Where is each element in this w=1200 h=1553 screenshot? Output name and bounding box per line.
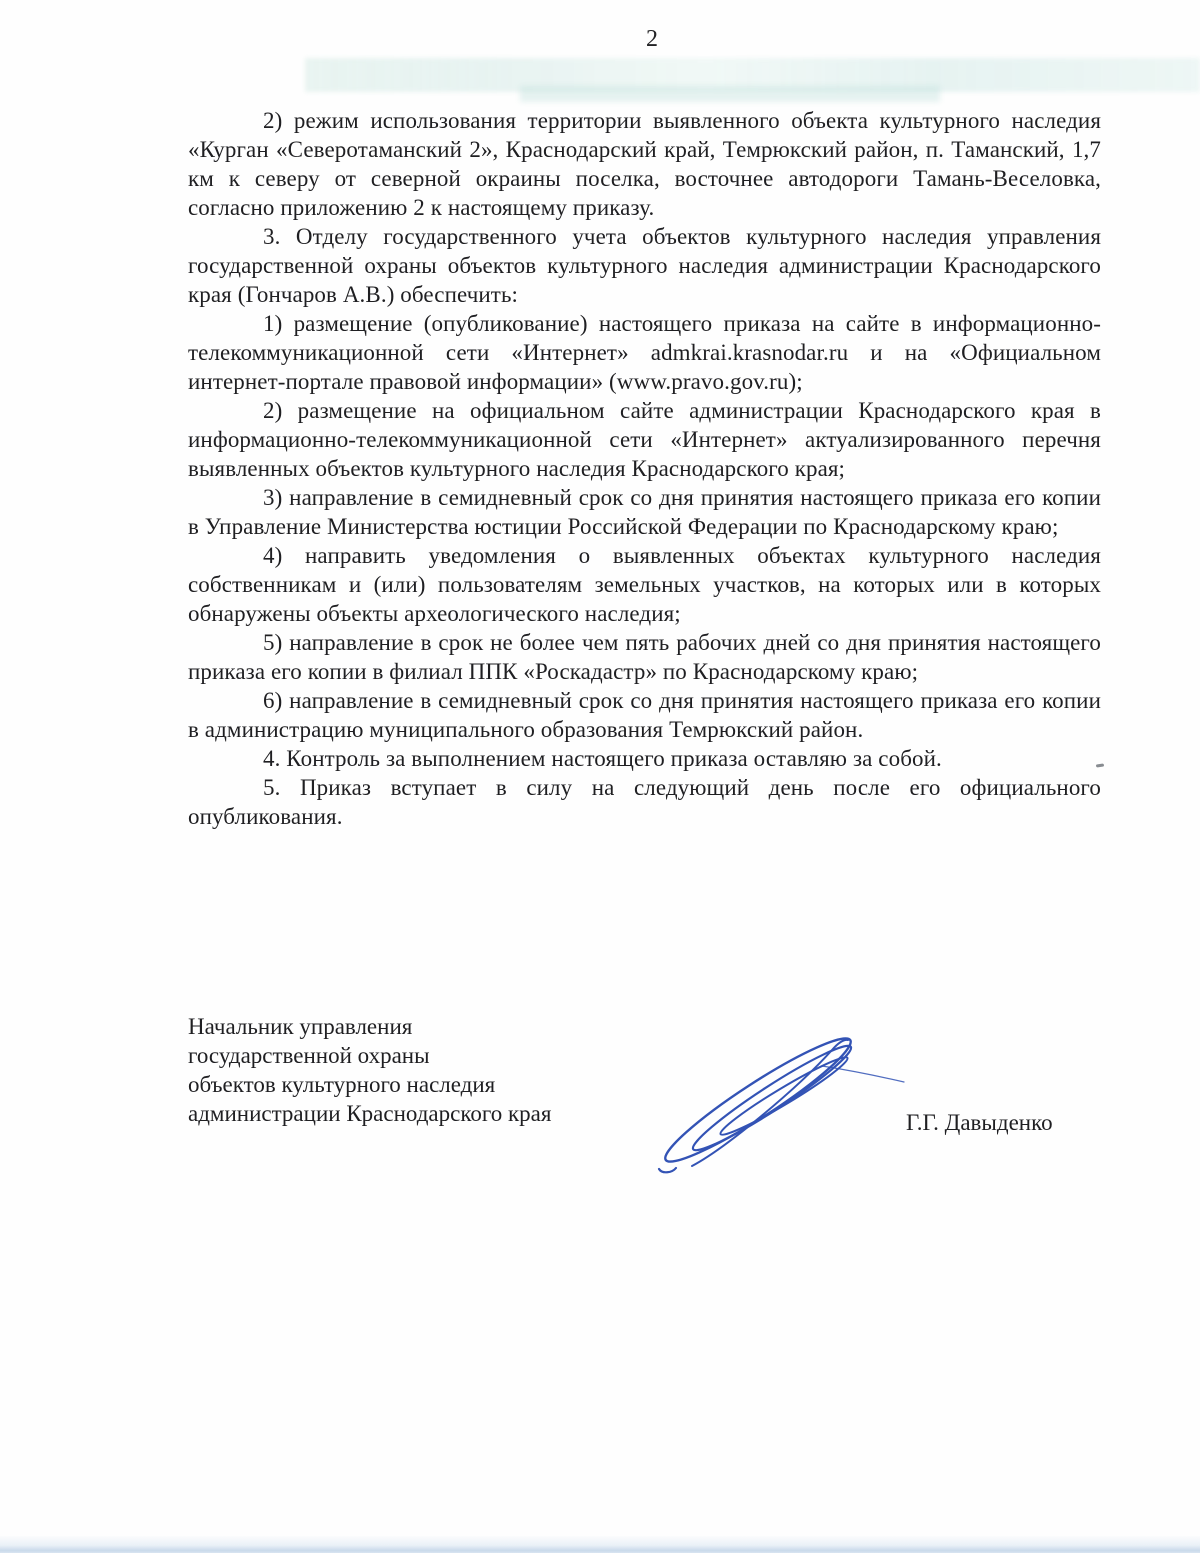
paragraph-subitem-5-roskadastr: 5) направление в срок не более чем пять … [188, 628, 1101, 686]
scan-artifact-bottom-band [0, 1536, 1200, 1553]
scan-artifact-top-band-2 [520, 86, 940, 102]
paragraph-subitem-3-justice-ministry: 3) направление в семидневный срок со дня… [188, 483, 1101, 541]
signer-position-line: администрации Краснодарского края [188, 1099, 551, 1128]
document-body: 2) режим использования территории выявле… [188, 106, 1101, 831]
paragraph-subitem-6-municipality: 6) направление в семидневный срок со дня… [188, 686, 1101, 744]
signature-ink-strokes [656, 1026, 904, 1174]
signer-position: Начальник управления государственной охр… [188, 1012, 551, 1128]
signer-position-line: объектов культурного наследия [188, 1070, 551, 1099]
paragraph-subitem-2-site-list: 2) размещение на официальном сайте админ… [188, 396, 1101, 483]
paragraph-subitem-1-publication: 1) размещение (опубликование) настоящего… [188, 309, 1101, 396]
paragraph-item-2-regime: 2) режим использования территории выявле… [188, 106, 1101, 222]
signer-name: Г.Г. Давыденко [906, 1108, 1053, 1137]
signature-ink [646, 1026, 916, 1174]
signature-block: Начальник управления государственной охр… [188, 1012, 1101, 1182]
paragraph-subitem-4-notifications: 4) направить уведомления о выявленных об… [188, 541, 1101, 628]
signer-position-line: Начальник управления [188, 1012, 551, 1041]
paragraph-item-3-department: 3. Отделу государственного учета объекто… [188, 222, 1101, 309]
paragraph-item-4-control: 4. Контроль за выполнением настоящего пр… [188, 744, 1101, 773]
document-page: 2 2) режим использования территории выяв… [0, 0, 1200, 1553]
page-number: 2 [646, 25, 658, 53]
paragraph-item-5-entry-into-force: 5. Приказ вступает в силу на следующий д… [188, 773, 1101, 831]
signer-position-line: государственной охраны [188, 1041, 551, 1070]
